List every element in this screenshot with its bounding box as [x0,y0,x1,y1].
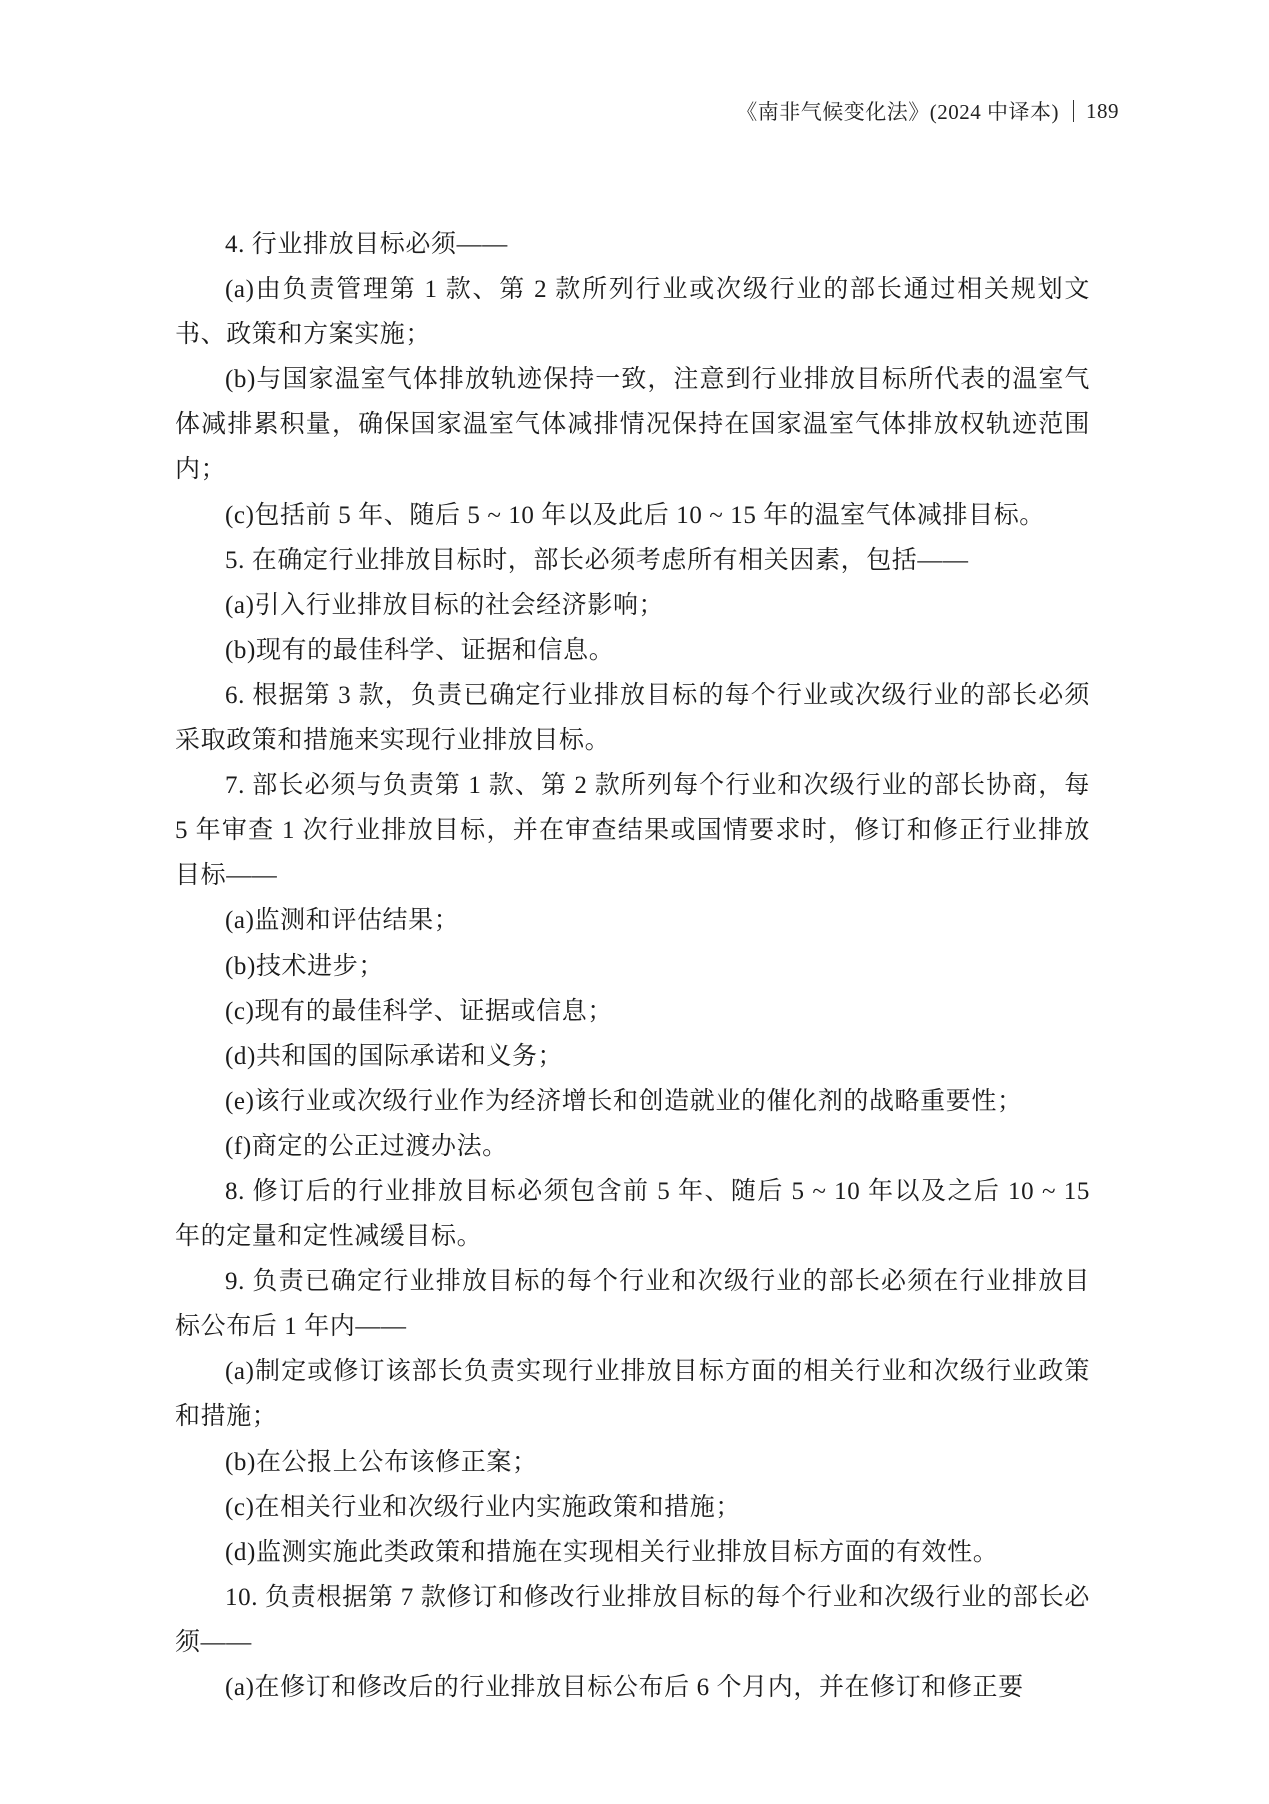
clause-4: 4. 行业排放目标必须—— [175,222,1090,267]
clause-5-item-b: (b)现有的最佳科学、证据和信息。 [175,628,1090,673]
clause-9-item-d: (d)监测实施此类政策和措施在实现相关行业排放目标方面的有效性。 [175,1530,1090,1575]
clause-6: 6. 根据第 3 款，负责已确定行业排放目标的每个行业或次级行业的部长必须采取政… [175,673,1090,763]
book-title: 《南非气候变化法》(2024 中译本) [736,96,1059,126]
clause-10-item-a: (a)在修订和修改后的行业排放目标公布后 6 个月内，并在修订和修正要 [175,1665,1090,1710]
clause-7: 7. 部长必须与负责第 1 款、第 2 款所列每个行业和次级行业的部长协商，每 … [175,763,1090,898]
clause-7-item-d: (d)共和国的国际承诺和义务； [175,1034,1090,1079]
clause-10: 10. 负责根据第 7 款修订和修改行业排放目标的每个行业和次级行业的部长必须—… [175,1575,1090,1665]
clause-9-item-b: (b)在公报上公布该修正案； [175,1440,1090,1485]
clause-7-item-f: (f)商定的公正过渡办法。 [175,1124,1090,1169]
header-divider [1073,100,1074,122]
clause-7-item-c: (c)现有的最佳科学、证据或信息； [175,989,1090,1034]
clause-4-item-c: (c)包括前 5 年、随后 5 ~ 10 年以及此后 10 ~ 15 年的温室气… [175,493,1090,538]
clause-4-item-a: (a)由负责管理第 1 款、第 2 款所列行业或次级行业的部长通过相关规划文书、… [175,267,1090,357]
page-body: 4. 行业排放目标必须—— (a)由负责管理第 1 款、第 2 款所列行业或次级… [175,222,1090,1710]
clause-8: 8. 修订后的行业排放目标必须包含前 5 年、随后 5 ~ 10 年以及之后 1… [175,1169,1090,1259]
clause-7-item-b: (b)技术进步； [175,944,1090,989]
clause-7-item-a: (a)监测和评估结果； [175,898,1090,943]
page-number: 189 [1086,99,1119,124]
running-header: 《南非气候变化法》(2024 中译本) 189 [736,96,1119,126]
clause-5: 5. 在确定行业排放目标时，部长必须考虑所有相关因素，包括—— [175,538,1090,583]
clause-5-item-a: (a)引入行业排放目标的社会经济影响； [175,583,1090,628]
clause-4-item-b: (b)与国家温室气体排放轨迹保持一致，注意到行业排放目标所代表的温室气体减排累积… [175,357,1090,492]
clause-9-item-a: (a)制定或修订该部长负责实现行业排放目标方面的相关行业和次级行业政策和措施； [175,1349,1090,1439]
clause-9-item-c: (c)在相关行业和次级行业内实施政策和措施； [175,1485,1090,1530]
clause-9: 9. 负责已确定行业排放目标的每个行业和次级行业的部长必须在行业排放目标公布后 … [175,1259,1090,1349]
clause-7-item-e: (e)该行业或次级行业作为经济增长和创造就业的催化剂的战略重要性； [175,1079,1090,1124]
